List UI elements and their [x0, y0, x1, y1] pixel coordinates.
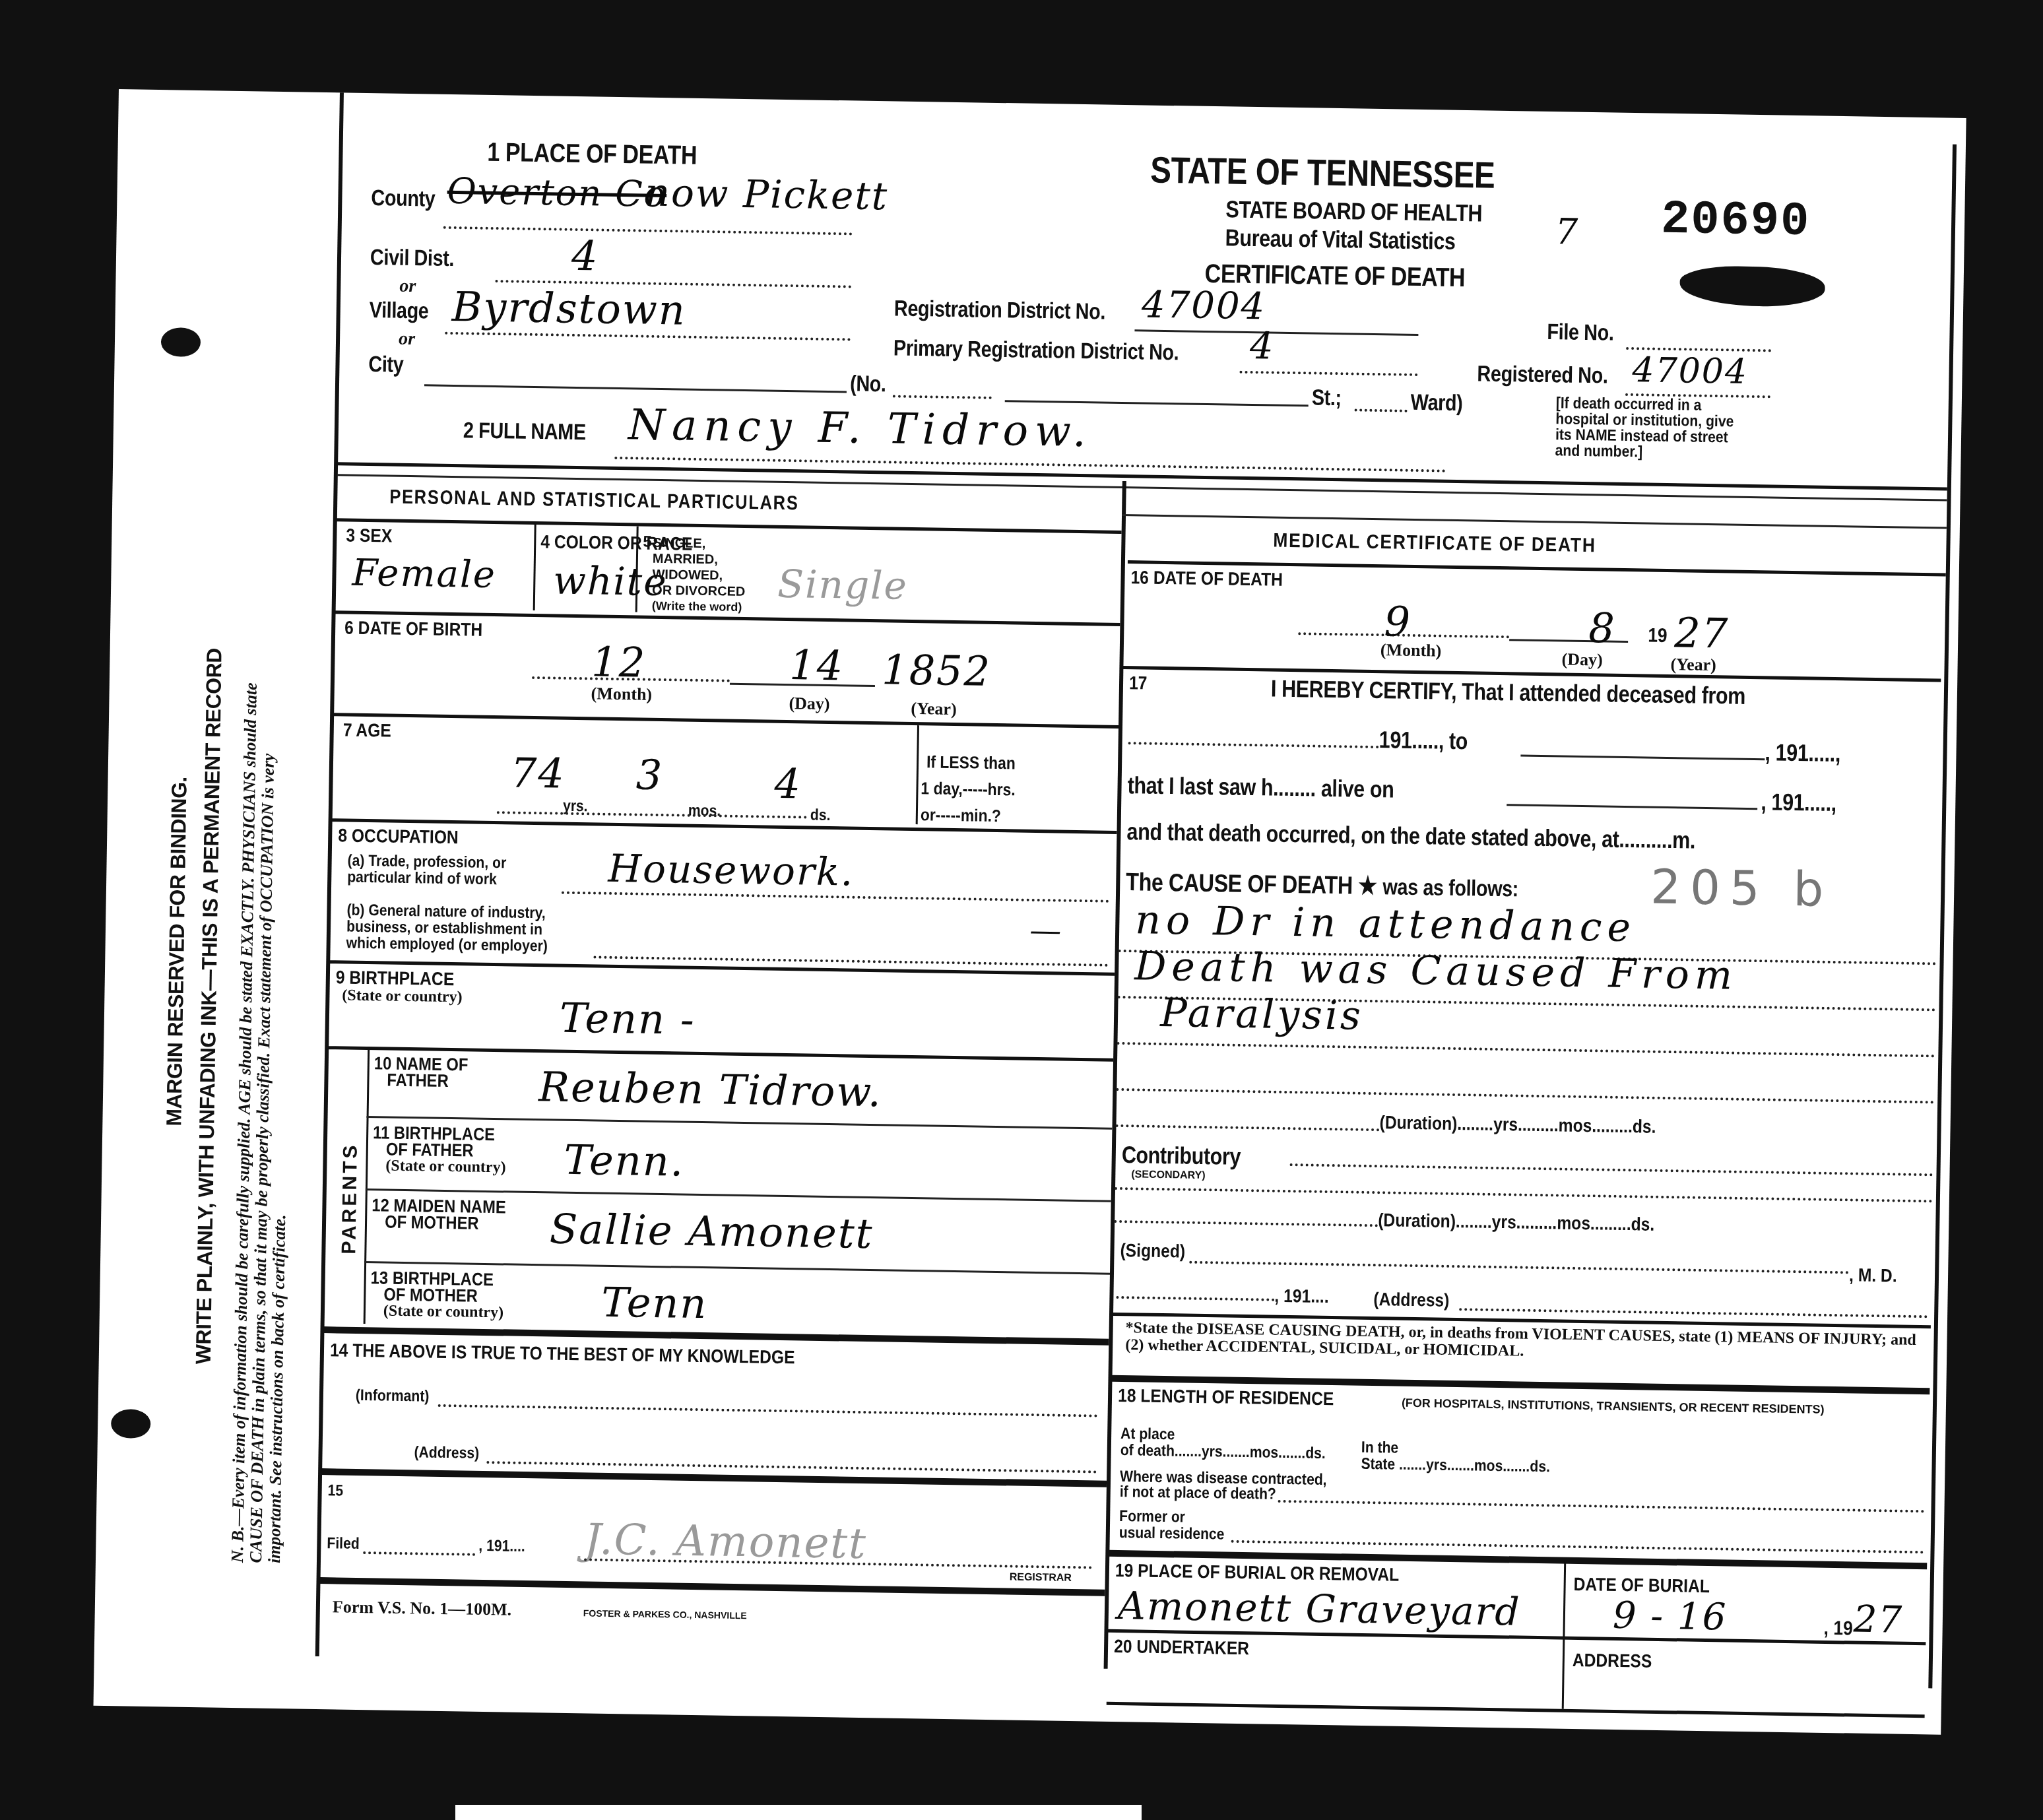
mother-label-2: OF MOTHER — [385, 1212, 479, 1234]
dob-year-value: 1852 — [882, 645, 992, 696]
age-mos-label: mos. — [688, 802, 721, 821]
parents-divider — [364, 1047, 370, 1324]
star-icon: ★ — [1358, 872, 1377, 900]
marital-option-single: SINGLE, — [653, 536, 705, 552]
bureau-vital-statistics: Bureau of Vital Statistics — [1225, 224, 1456, 255]
margin-binding-note: MARGIN RESERVED FOR BINDING. — [162, 777, 191, 1126]
age-years-value: 74 — [510, 748, 566, 797]
dob-month-value: 12 — [591, 637, 647, 686]
dob-month-caption: (Month) — [591, 684, 652, 704]
contributory-line — [1290, 1163, 1933, 1176]
sig-date-line — [1116, 1296, 1274, 1301]
county-value: now Pickett — [645, 170, 889, 219]
street-line — [1005, 400, 1309, 406]
occ-a-value: Housework. — [608, 846, 855, 895]
signed-line — [1189, 1261, 1849, 1274]
registered-no-label: Registered No. — [1477, 361, 1608, 389]
civil-dist-label: Civil Dist. — [370, 245, 455, 272]
certificate-stamp-number: 20690 — [1661, 193, 1811, 249]
mother-name-value: Sallie Amonett — [549, 1204, 874, 1258]
age-ds-label: ds. — [810, 806, 831, 825]
race-value: white — [553, 558, 668, 604]
burial-place-value: Amonett Graveyard — [1118, 1583, 1521, 1635]
duration-lead-1 — [1115, 1124, 1379, 1131]
duration-line-2: (Duration)........yrs.........mos.......… — [1378, 1210, 1654, 1235]
address-line — [486, 1461, 1097, 1474]
age-less-than-divider — [916, 725, 919, 824]
marital-option-divorced: OR DIVORCED — [652, 583, 745, 600]
cause-dots-4 — [1116, 1088, 1934, 1103]
burial-date-divider — [1562, 1561, 1567, 1709]
section-place-of-death: 1 PLACE OF DEATH — [487, 138, 697, 171]
burial-year-prefix: , 19 — [1823, 1617, 1853, 1641]
registrar-label: REGISTRAR — [1010, 1571, 1072, 1584]
dod-label: 16 DATE OF DEATH — [1130, 567, 1283, 591]
father-birthplace-value: Tenn. — [564, 1136, 685, 1186]
father-bp-hint: (State or country) — [385, 1157, 506, 1177]
medical-top-rule — [1122, 514, 1947, 529]
dod-day-value: 8 — [1588, 604, 1617, 653]
reg-district-label: Registration District No. — [894, 296, 1106, 325]
cause-line-3: Paralysis — [1160, 990, 1364, 1039]
burial-year-value: 27 — [1853, 1598, 1903, 1642]
father-name-value: Reuben Tidrow. — [538, 1062, 883, 1116]
undertaker-label: 20 UNDERTAKER — [1114, 1636, 1249, 1659]
row-rule-2 — [333, 713, 1119, 729]
county-label: County — [371, 185, 436, 212]
state-header: STATE OF TENNESSEE — [1150, 148, 1495, 197]
occupation-label: 8 OCCUPATION — [338, 825, 459, 848]
filed-line — [363, 1551, 475, 1556]
stamp-mark: 7 — [1555, 211, 1579, 253]
form-right-border — [1928, 145, 1957, 1689]
county-line — [443, 226, 853, 236]
marital-number: 5 — [643, 533, 652, 552]
dod-year-caption: (Year) — [1670, 655, 1716, 675]
item-15-label: 15 — [327, 1481, 343, 1500]
informant-line — [438, 1404, 1098, 1417]
duration-line-1: (Duration)........yrs.........mos.......… — [1379, 1112, 1656, 1138]
duration-lead-2 — [1114, 1220, 1378, 1227]
sig-address-label: (Address) — [1373, 1289, 1450, 1311]
occ-b-value: — — [1029, 912, 1063, 950]
form-bottom-rule — [1107, 1702, 1925, 1718]
ward-line — [1355, 408, 1408, 412]
less-than-line-1: If LESS than — [926, 752, 1016, 773]
dob-label: 6 DATE OF BIRTH — [344, 617, 482, 640]
secondary-label: (SECONDARY) — [1131, 1169, 1206, 1182]
contracted-line — [1278, 1500, 1925, 1512]
margin-write-plainly-note: WRITE PLAINLY, WITH UNFADING INK—THIS IS… — [191, 648, 227, 1365]
sex-value: Female — [352, 552, 496, 597]
residence-label: 18 LENGTH OF RESIDENCE — [1118, 1385, 1334, 1410]
hospital-note: [If death occurred in a hospital or inst… — [1555, 395, 1753, 462]
birthplace-value: Tenn - — [559, 994, 696, 1044]
age-months-value: 3 — [635, 750, 664, 799]
reg-district-value: 47004 — [1142, 283, 1266, 328]
dob-day-caption: (Day) — [789, 694, 830, 714]
mother-bp-hint: (State or country) — [383, 1303, 504, 1322]
age-label: 7 AGE — [343, 719, 392, 741]
printer-credit: FOSTER & PARKES CO., NASHVILLE — [583, 1608, 747, 1621]
parents-label: PARENTS — [338, 1142, 362, 1254]
cause-line-1: no Dr in attendance — [1135, 897, 1637, 951]
full-name-label: 2 FULL NAME — [463, 418, 586, 445]
sex-label: 3 SEX — [346, 525, 392, 546]
certify-line-2b: , 191....., — [1765, 738, 1840, 767]
birthplace-hint: (State or country) — [342, 987, 463, 1006]
paper-fragment — [455, 1805, 1142, 1820]
certify-line-3a: that I last saw h........ alive on — [1127, 771, 1394, 803]
marital-value: Single — [777, 562, 909, 608]
sex-race-divider — [533, 525, 536, 610]
md-label: , M. D. — [1849, 1264, 1897, 1286]
age-line — [497, 811, 807, 818]
file-no-label: File No. — [1547, 319, 1614, 346]
primary-reg-value: 4 — [1250, 325, 1276, 368]
cause-follows-text: was as follows: — [1382, 874, 1518, 901]
contributory-label: Contributory — [1121, 1141, 1241, 1171]
personal-title-rule — [337, 518, 1122, 534]
personal-section-title: PERSONAL AND STATISTICAL PARTICULARS — [389, 486, 799, 515]
former-residence-line — [1231, 1540, 1924, 1553]
or-label-2: or — [399, 329, 415, 350]
last-saw-line — [1507, 804, 1757, 810]
former-residence-2: usual residence — [1119, 1524, 1225, 1544]
filed-year: , 191.... — [478, 1537, 525, 1556]
sig-address-line — [1459, 1308, 1928, 1318]
informant-label: (Informant) — [356, 1386, 430, 1406]
occ-b-line — [593, 956, 1108, 966]
age-days-value: 4 — [774, 760, 802, 808]
certify-line-2a: 191....., to — [1378, 726, 1468, 755]
registered-no-value: 47004 — [1632, 350, 1748, 392]
ward-label: Ward) — [1410, 390, 1462, 416]
item-17-label: 17 — [1129, 672, 1148, 694]
county-struck-value: Overton Co — [447, 170, 666, 215]
primary-reg-label: Primary Registration District No. — [893, 335, 1179, 366]
village-label: Village — [369, 298, 428, 324]
medical-section-title: MEDICAL CERTIFICATE OF DEATH — [1273, 530, 1596, 558]
street-no-line — [893, 395, 992, 399]
city-line — [424, 384, 847, 393]
dod-month-caption: (Month) — [1380, 640, 1442, 661]
occ-b-label-3: which employed (or employer) — [346, 934, 548, 956]
attended-to-line — [1520, 754, 1765, 760]
cause-dots-3 — [1117, 1042, 1935, 1057]
in-state-2: State .......yrs.......mos.......ds. — [1361, 1455, 1550, 1476]
contracted-2: if not at place of death? — [1120, 1483, 1276, 1504]
full-name-value: Nancy F. Tidrow. — [628, 401, 1093, 457]
occ-a-label-2: particular kind of work — [347, 868, 497, 890]
dod-month-value: 9 — [1384, 597, 1412, 646]
dod-year-prefix: 19 — [1648, 625, 1668, 647]
cause-label-text: The CAUSE OF DEATH — [1126, 868, 1353, 899]
marital-option-widowed: WIDOWED, — [652, 568, 723, 584]
certify-line-4: and that death occurred, on the date sta… — [1126, 818, 1695, 855]
left-bottom-rule — [319, 1577, 1105, 1596]
civil-dist-value: 4 — [571, 232, 600, 280]
primary-reg-line — [1239, 371, 1417, 376]
form-number: Form V.S. No. 1—100M. — [333, 1597, 512, 1619]
burial-date-label: DATE OF BURIAL — [1573, 1574, 1710, 1597]
undertaker-address-label: ADDRESS — [1573, 1650, 1652, 1672]
contributory-line-2 — [1115, 1187, 1933, 1202]
attended-from-line — [1128, 742, 1379, 748]
marital-hint: (Write the word) — [652, 599, 742, 614]
punch-hole-bottom — [111, 1409, 151, 1439]
village-value: Byrdstown — [451, 282, 686, 335]
certify-line-3b: , 191....., — [1761, 788, 1836, 817]
street-no-label: (No. — [850, 371, 886, 397]
at-place-2: of death.......yrs.......mos.......ds. — [1120, 1441, 1326, 1463]
city-label: City — [368, 352, 404, 378]
punch-hole-top — [161, 327, 201, 357]
less-than-line-2: 1 day,-----hrs. — [921, 778, 1016, 800]
dob-day-value: 14 — [789, 641, 845, 690]
form-left-border — [315, 92, 344, 1656]
obscured-number-blot — [1679, 265, 1825, 307]
dod-year-value: 27 — [1674, 608, 1730, 657]
hospital-note-text: [If death occurred in a hospital or inst… — [1555, 394, 1734, 461]
sig-year: , 191.... — [1274, 1285, 1329, 1307]
burial-label: 19 PLACE OF BURIAL OR REMOVAL — [1115, 1560, 1400, 1586]
marital-option-married: MARRIED, — [653, 552, 718, 568]
street-label: St.; — [1312, 385, 1342, 411]
or-label-1: or — [399, 276, 416, 297]
residence-hint: (FOR HOSPITALS, INSTITUTIONS, TRANSIENTS… — [1402, 1395, 1929, 1419]
father-label-2: FATHER — [387, 1070, 449, 1091]
burial-date-value: 9 - 16 — [1612, 1594, 1727, 1639]
dod-day-caption: (Day) — [1561, 649, 1603, 670]
death-certificate-page: MARGIN RESERVED FOR BINDING. WRITE PLAIN… — [94, 89, 1966, 1735]
reg-district-line — [1134, 329, 1418, 336]
signed-label: (Signed) — [1120, 1240, 1185, 1262]
cause-code: 205 b — [1650, 859, 1833, 917]
address-label: (Address) — [414, 1443, 479, 1463]
board-of-health: STATE BOARD OF HEALTH — [1225, 195, 1482, 227]
informant-header: 14 THE ABOVE IS TRUE TO THE BEST OF MY K… — [330, 1340, 795, 1368]
mother-birthplace-value: Tenn — [601, 1278, 708, 1328]
filed-label: Filed — [327, 1534, 360, 1553]
certify-line-1: I HEREBY CERTIFY, That I attended deceas… — [1271, 675, 1746, 710]
less-than-line-3: or-----min.? — [921, 804, 1001, 826]
dob-year-caption: (Year) — [911, 699, 957, 719]
